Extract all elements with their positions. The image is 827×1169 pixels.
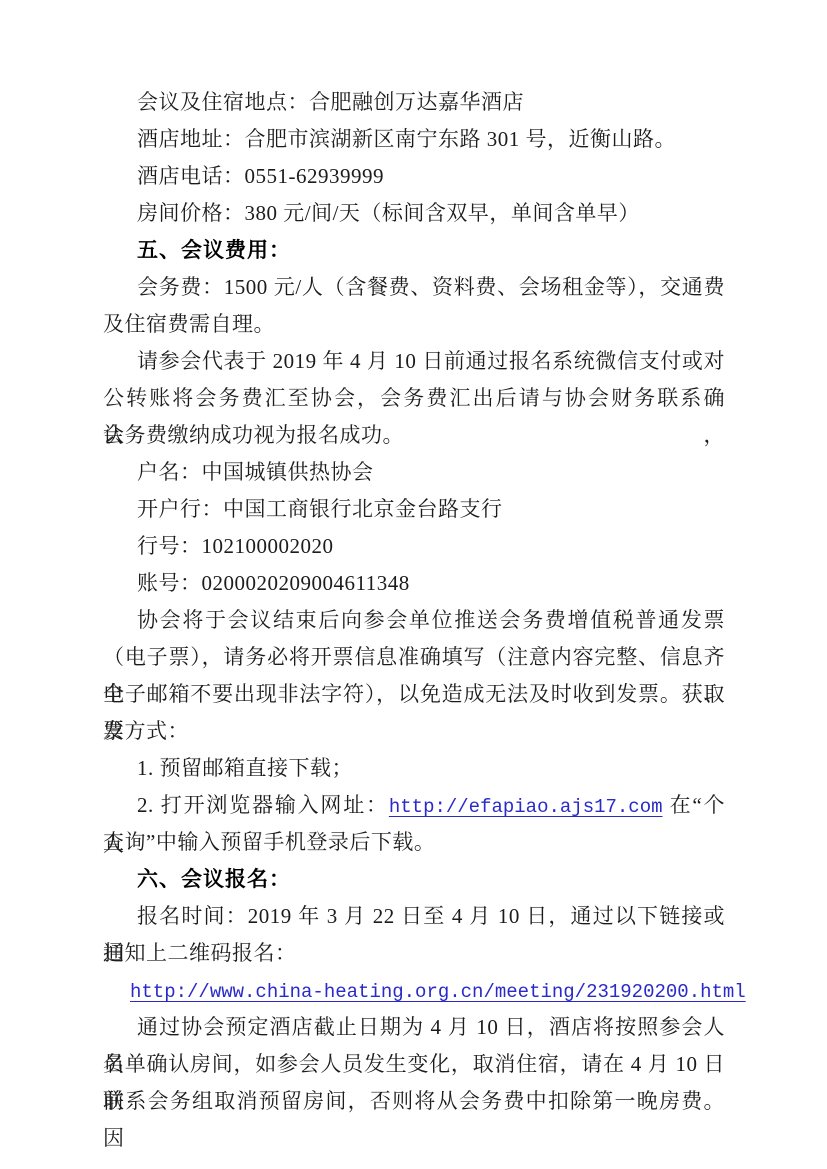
invoice-method-2: 2. 打开浏览器输入网址：http://efapiao.ajs17.com 在“…	[103, 787, 725, 824]
invoice-method-2-cont: 查询”中输入预留手机登录后下载。	[103, 824, 725, 861]
text-span: 户名：中国城镇供热协会	[137, 460, 374, 484]
text-span: 票方式：	[103, 719, 189, 743]
invoice-line-4: 票方式：	[103, 713, 725, 750]
text-span: 联系会务组取消预留房间，否则将从会务费中扣除第一晚房费。因	[103, 1089, 725, 1150]
text-span: 账号：0200020209004611348	[137, 571, 410, 595]
meeting-registration-link[interactable]: http://www.china-heating.org.cn/meeting/…	[130, 981, 746, 1003]
invoice-line-3: 电子邮箱不要出现非法字符），以免造成无法及时收到发票。获取发	[103, 676, 725, 713]
bank-code-line: 行号：102100002020	[103, 528, 725, 565]
hotel-booking-line-3: 联系会务组取消预留房间，否则将从会务费中扣除第一晚房费。因	[103, 1083, 725, 1120]
text-span: 2. 打开浏览器输入网址：	[137, 793, 389, 817]
text-span: 协会将于会议结束后向参会单位推送会务费增值税普通发票	[137, 608, 725, 632]
text-span: 酒店电话：0551-62939999	[137, 164, 384, 188]
text-span: 开户行：中国工商银行北京金台路支行	[137, 497, 503, 521]
section-heading-registration: 六、会议报名：	[103, 861, 725, 898]
text-span: 1. 预留邮箱直接下载；	[137, 756, 353, 780]
invoice-method-1: 1. 预留邮箱直接下载；	[103, 750, 725, 787]
account-number-line: 账号：0200020209004611348	[103, 565, 725, 602]
text-span: 六、会议报名：	[137, 867, 291, 891]
hotel-booking-line-2: 名单确认房间，如参会人员发生变化，取消住宿，请在 4 月 10 日前	[103, 1046, 725, 1083]
fee-line: 会务费：1500 元/人（含餐费、资料费、会场租金等），交通费	[103, 269, 725, 306]
invoice-line-2: （电子票），请务必将开票信息准确填写（注意内容完整、信息齐全、	[103, 639, 725, 676]
text-span: 请参会代表于 2019 年 4 月 10 日前通过报名系统微信支付或对	[137, 349, 725, 373]
text-span: 五、会议费用：	[137, 238, 291, 262]
text-span: 会务费缴纳成功视为报名成功。	[103, 423, 404, 447]
room-price-line: 房间价格：380 元/间/天（标间含双早，单间含单早）	[103, 195, 725, 232]
bank-line: 开户行：中国工商银行北京金台路支行	[103, 491, 725, 528]
account-name-line: 户名：中国城镇供热协会	[103, 454, 725, 491]
registration-time-line: 报名时间：2019 年 3 月 22 日至 4 月 10 日，通过以下链接或扫	[103, 898, 725, 935]
payment-line-cont: 公转账将会务费汇至协会，会务费汇出后请与协会财务联系确认，	[103, 380, 725, 417]
text-span: 房间价格：380 元/间/天（标间含双早，单间含单早）	[137, 201, 640, 225]
text-span: 通知上二维码报名：	[103, 941, 297, 965]
registration-time-cont: 通知上二维码报名：	[103, 935, 725, 972]
fee-line-cont: 及住宿费需自理。	[103, 306, 725, 343]
text-span: 行号：102100002020	[137, 534, 334, 558]
text-span: 会务费：1500 元/人（含餐费、资料费、会场租金等），交通费	[137, 275, 725, 299]
efapiao-link[interactable]: http://efapiao.ajs17.com	[389, 796, 663, 818]
text-span: 会议及住宿地点：合肥融创万达嘉华酒店	[137, 90, 524, 114]
text-span: 及住宿费需自理。	[103, 312, 275, 336]
text-span: 查询”中输入预留手机登录后下载。	[103, 830, 435, 854]
hotel-phone-line: 酒店电话：0551-62939999	[103, 158, 725, 195]
document-page: 会议及住宿地点：合肥融创万达嘉华酒店酒店地址：合肥市滨湖新区南宁东路 301 号…	[0, 0, 827, 1169]
section-heading-fees: 五、会议费用：	[103, 232, 725, 269]
text-span: 酒店地址：合肥市滨湖新区南宁东路 301 号，近衡山路。	[137, 127, 676, 151]
hotel-address-line: 酒店地址：合肥市滨湖新区南宁东路 301 号，近衡山路。	[103, 121, 725, 158]
hotel-booking-line: 通过协会预定酒店截止日期为 4 月 10 日，酒店将按照参会人员	[103, 1009, 725, 1046]
registration-link-line: http://www.china-heating.org.cn/meeting/…	[103, 972, 725, 1009]
invoice-line: 协会将于会议结束后向参会单位推送会务费增值税普通发票	[103, 602, 725, 639]
payment-line: 请参会代表于 2019 年 4 月 10 日前通过报名系统微信支付或对	[103, 343, 725, 380]
venue-line: 会议及住宿地点：合肥融创万达嘉华酒店	[103, 84, 725, 121]
